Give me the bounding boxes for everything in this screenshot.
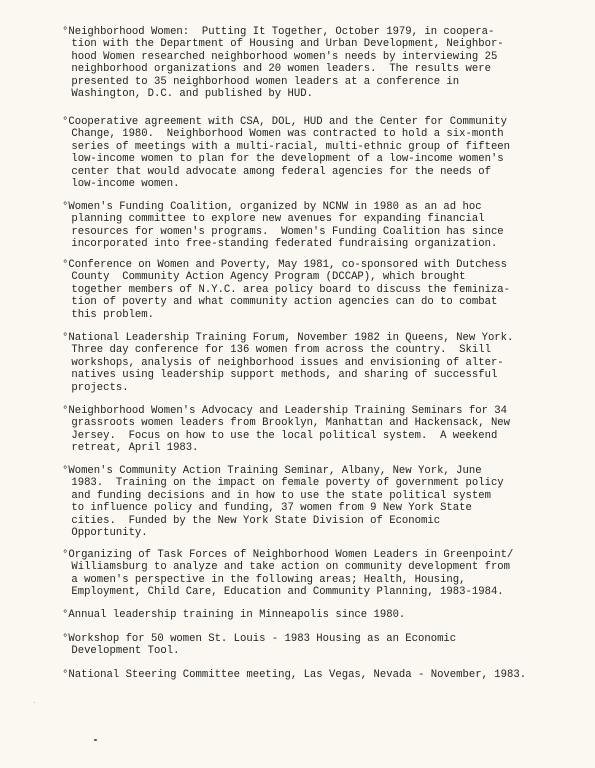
- entry-text-line: series of meetings with a multi-racial, …: [62, 141, 510, 153]
- entry-text-line: tion of poverty and what community actio…: [62, 296, 510, 308]
- entry-heading-line: °National Leadership Training Forum, Nov…: [62, 332, 513, 344]
- entry-national-leadership-training-forum: °National Leadership Training Forum, Nov…: [62, 332, 513, 394]
- entry-text-line: center that would advocate among federal…: [62, 166, 510, 178]
- entry-text-line: Williamsburg to analyze and take action …: [62, 561, 513, 573]
- entry-heading-line: °Women's Community Action Training Semin…: [62, 465, 504, 477]
- entry-heading-line: °Neighborhood Women: Putting It Together…: [62, 26, 504, 38]
- entry-heading-line: °Organizing of Task Forces of Neighborho…: [62, 549, 513, 561]
- entry-heading-line: °Workshop for 50 women St. Louis - 1983 …: [62, 633, 456, 645]
- entry-text-line: hood Women researched neighborhood women…: [62, 51, 504, 63]
- document-page: °Neighborhood Women: Putting It Together…: [0, 0, 595, 768]
- entry-text-line: grassroots women leaders from Brooklyn, …: [62, 417, 510, 429]
- entry-text-line: County Community Action Agency Program (…: [62, 271, 510, 283]
- entry-conference-women-poverty: °Conference on Women and Poverty, May 19…: [62, 259, 510, 321]
- entry-neighborhood-women-putting-it-together: °Neighborhood Women: Putting It Together…: [62, 26, 504, 100]
- entry-task-forces-greenpoint: °Organizing of Task Forces of Neighborho…: [62, 549, 513, 599]
- entry-advocacy-leadership-seminars: °Neighborhood Women's Advocacy and Leade…: [62, 405, 510, 455]
- entry-text-line: projects.: [62, 382, 513, 394]
- entry-workshop-st-louis: °Workshop for 50 women St. Louis - 1983 …: [62, 633, 456, 658]
- entry-text-line: Three day conference for 136 women from …: [62, 344, 513, 356]
- entry-heading-line: °Cooperative agreement with CSA, DOL, HU…: [62, 116, 510, 128]
- entry-text-line: Opportunity.: [62, 527, 504, 539]
- entry-community-action-training-seminar: °Women's Community Action Training Semin…: [62, 465, 504, 539]
- entry-text-line: planning committee to explore new avenue…: [62, 213, 504, 225]
- entry-womens-funding-coalition: °Women's Funding Coalition, organized by…: [62, 201, 504, 251]
- entry-text-line: this problem.: [62, 309, 510, 321]
- entry-national-steering-committee: °National Steering Committee meeting, La…: [62, 669, 526, 681]
- entry-text-line: to influence policy and funding, 37 wome…: [62, 502, 504, 514]
- entry-text-line: workshops, analysis of neighborhood issu…: [62, 357, 513, 369]
- entry-heading-line: °Annual leadership training in Minneapol…: [62, 609, 405, 621]
- entry-text-line: retreat, April 1983.: [62, 442, 510, 454]
- paper-speck: [34, 702, 35, 703]
- entry-text-line: low-income women.: [62, 178, 510, 190]
- entry-heading-line: °Neighborhood Women's Advocacy and Leade…: [62, 405, 510, 417]
- entry-text-line: neighborhood organizations and 20 women …: [62, 63, 504, 75]
- entry-text-line: 1983. Training on the impact on female p…: [62, 477, 504, 489]
- entry-heading-line: °Conference on Women and Poverty, May 19…: [62, 259, 510, 271]
- entry-text-line: tion with the Department of Housing and …: [62, 38, 504, 50]
- entry-text-line: Jersey. Focus on how to use the local po…: [62, 430, 510, 442]
- entry-text-line: together members of N.Y.C. area policy b…: [62, 284, 510, 296]
- entry-text-line: natives using leadership support methods…: [62, 369, 513, 381]
- entry-text-line: and funding decisions and in how to use …: [62, 490, 504, 502]
- entry-heading-line: °National Steering Committee meeting, La…: [62, 669, 526, 681]
- entry-text-line: Washington, D.C. and published by HUD.: [62, 88, 504, 100]
- entry-text-line: resources for women's programs. Women's …: [62, 226, 504, 238]
- entry-cooperative-agreement: °Cooperative agreement with CSA, DOL, HU…: [62, 116, 510, 190]
- entry-text-line: low-income women to plan for the develop…: [62, 153, 510, 165]
- entry-text-line: Employment, Child Care, Education and Co…: [62, 586, 513, 598]
- paper-speck: [94, 739, 97, 741]
- entry-text-line: Development Tool.: [62, 645, 456, 657]
- entry-text-line: presented to 35 neighborhood women leade…: [62, 76, 504, 88]
- entry-text-line: incorporated into free-standing federate…: [62, 238, 504, 250]
- entry-annual-leadership-minneapolis: °Annual leadership training in Minneapol…: [62, 609, 405, 621]
- entry-heading-line: °Women's Funding Coalition, organized by…: [62, 201, 504, 213]
- entry-text-line: Change, 1980. Neighborhood Women was con…: [62, 128, 510, 140]
- entry-text-line: a women's perspective in the following a…: [62, 574, 513, 586]
- entry-text-line: cities. Funded by the New York State Div…: [62, 515, 504, 527]
